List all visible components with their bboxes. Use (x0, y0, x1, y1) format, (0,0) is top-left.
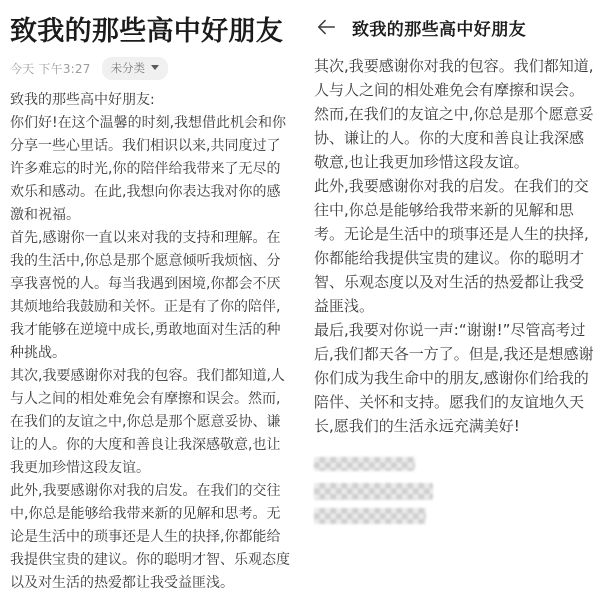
note-timestamp: 今天 下午3:27 (10, 60, 91, 77)
note-meta-row: 今天 下午3:27 未分类 (10, 58, 292, 78)
chevron-down-icon (151, 65, 159, 70)
note-paragraph[interactable]: 其次,我要感谢你对我的包容。我们都知道,人与人之间的相处难免会有摩擦和误会。然而… (10, 365, 292, 480)
redacted-line (314, 457, 415, 471)
redacted-line (314, 483, 433, 500)
back-button[interactable] (314, 15, 338, 39)
read-note-title: 致我的那些高中好朋友 (352, 15, 526, 40)
note-title[interactable]: 致我的那些高中好朋友 (10, 15, 292, 49)
screenshot-stage: 致我的那些高中好朋友 今天 下午3:27 未分类 致我的那些高中好朋友: 你们好… (0, 0, 600, 600)
back-arrow-icon (315, 16, 337, 38)
category-chip[interactable]: 未分类 (102, 57, 169, 80)
note-read-panel: 致我的那些高中好朋友 其次,我要感谢你对我的包容。我们都知道,人与人之间的相处难… (300, 0, 600, 600)
note-paragraph: 最后,我要对你说一声:“谢谢!”尽管高考过后,我们都天各一方了。但是,我还是想感… (314, 318, 594, 438)
read-note-body: 其次,我要感谢你对我的包容。我们都知道,人与人之间的相处难免会有摩擦和误会。然而… (314, 54, 594, 524)
note-edit-panel: 致我的那些高中好朋友 今天 下午3:27 未分类 致我的那些高中好朋友: 你们好… (0, 0, 300, 600)
redacted-signature-block (314, 457, 594, 524)
note-paragraph[interactable]: 你们好!在这个温馨的时刻,我想借此机会和你分享一些心里话。我们相识以来,共同度过… (10, 112, 292, 227)
redacted-line (314, 508, 426, 524)
note-paragraph[interactable]: 首先,感谢你一直以来对我的支持和理解。在我的生活中,你总是那个愿意倾听我烦恼、分… (10, 227, 292, 365)
note-paragraph[interactable]: 致我的那些高中好朋友: (10, 89, 292, 112)
note-paragraph: 此外,我要感谢你对我的启发。在我们的交往中,你总是能够给我带来新的见解和思考。无… (314, 174, 594, 318)
note-body-editor[interactable]: 致我的那些高中好朋友: 你们好!在这个温馨的时刻,我想借此机会和你分享一些心里话… (10, 89, 292, 595)
note-paragraph[interactable]: 此外,我要感谢你对我的启发。在我们的交往中,你总是能够给我带来新的见解和思考。无… (10, 480, 292, 595)
note-paragraph: 其次,我要感谢你对我的包容。我们都知道,人与人之间的相处难免会有摩擦和误会。然而… (314, 54, 594, 174)
category-label: 未分类 (111, 60, 146, 76)
read-header: 致我的那些高中好朋友 (314, 14, 594, 40)
